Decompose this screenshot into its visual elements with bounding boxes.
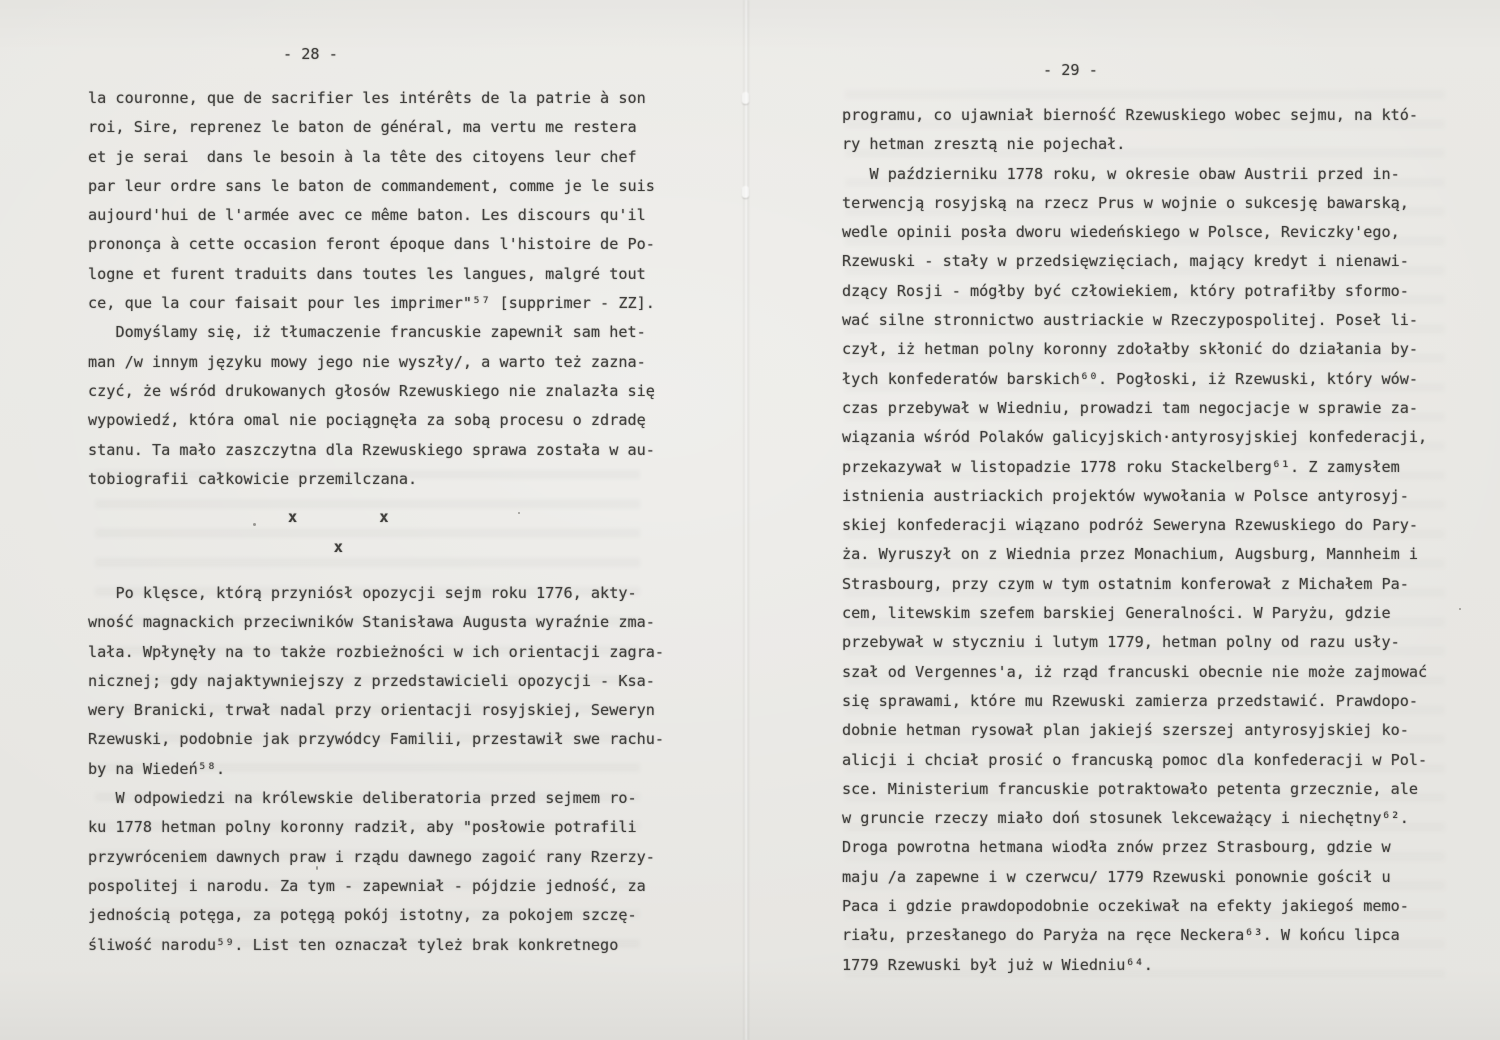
scanned-typescript-spread: { "colors": { "paper": "#e9e8e4", "ink":… [0,0,1500,1040]
page-number-29: - 29 - [1043,56,1098,85]
scan-speck [1459,608,1461,610]
fold-notch-top [742,92,749,104]
page-28-text-upper: la couronne, que de sacrifier les intérê… [88,84,688,494]
scan-speck [253,523,256,526]
fold-notch-mid [742,186,749,198]
center-fold-crease [742,0,750,1040]
document-scan: - 28 - la couronne, que de sacrifier les… [0,0,1500,1040]
page-number-28: - 28 - [283,40,338,69]
scan-speck [518,512,520,514]
section-separator: x x x [288,502,508,562]
page-28-text-lower: Po klęsce, którą przyniósł opozycji sejm… [88,579,688,960]
scan-speck [316,866,318,870]
page-29-text: programu, co ujawniał bierność Rzewuskie… [842,101,1474,980]
